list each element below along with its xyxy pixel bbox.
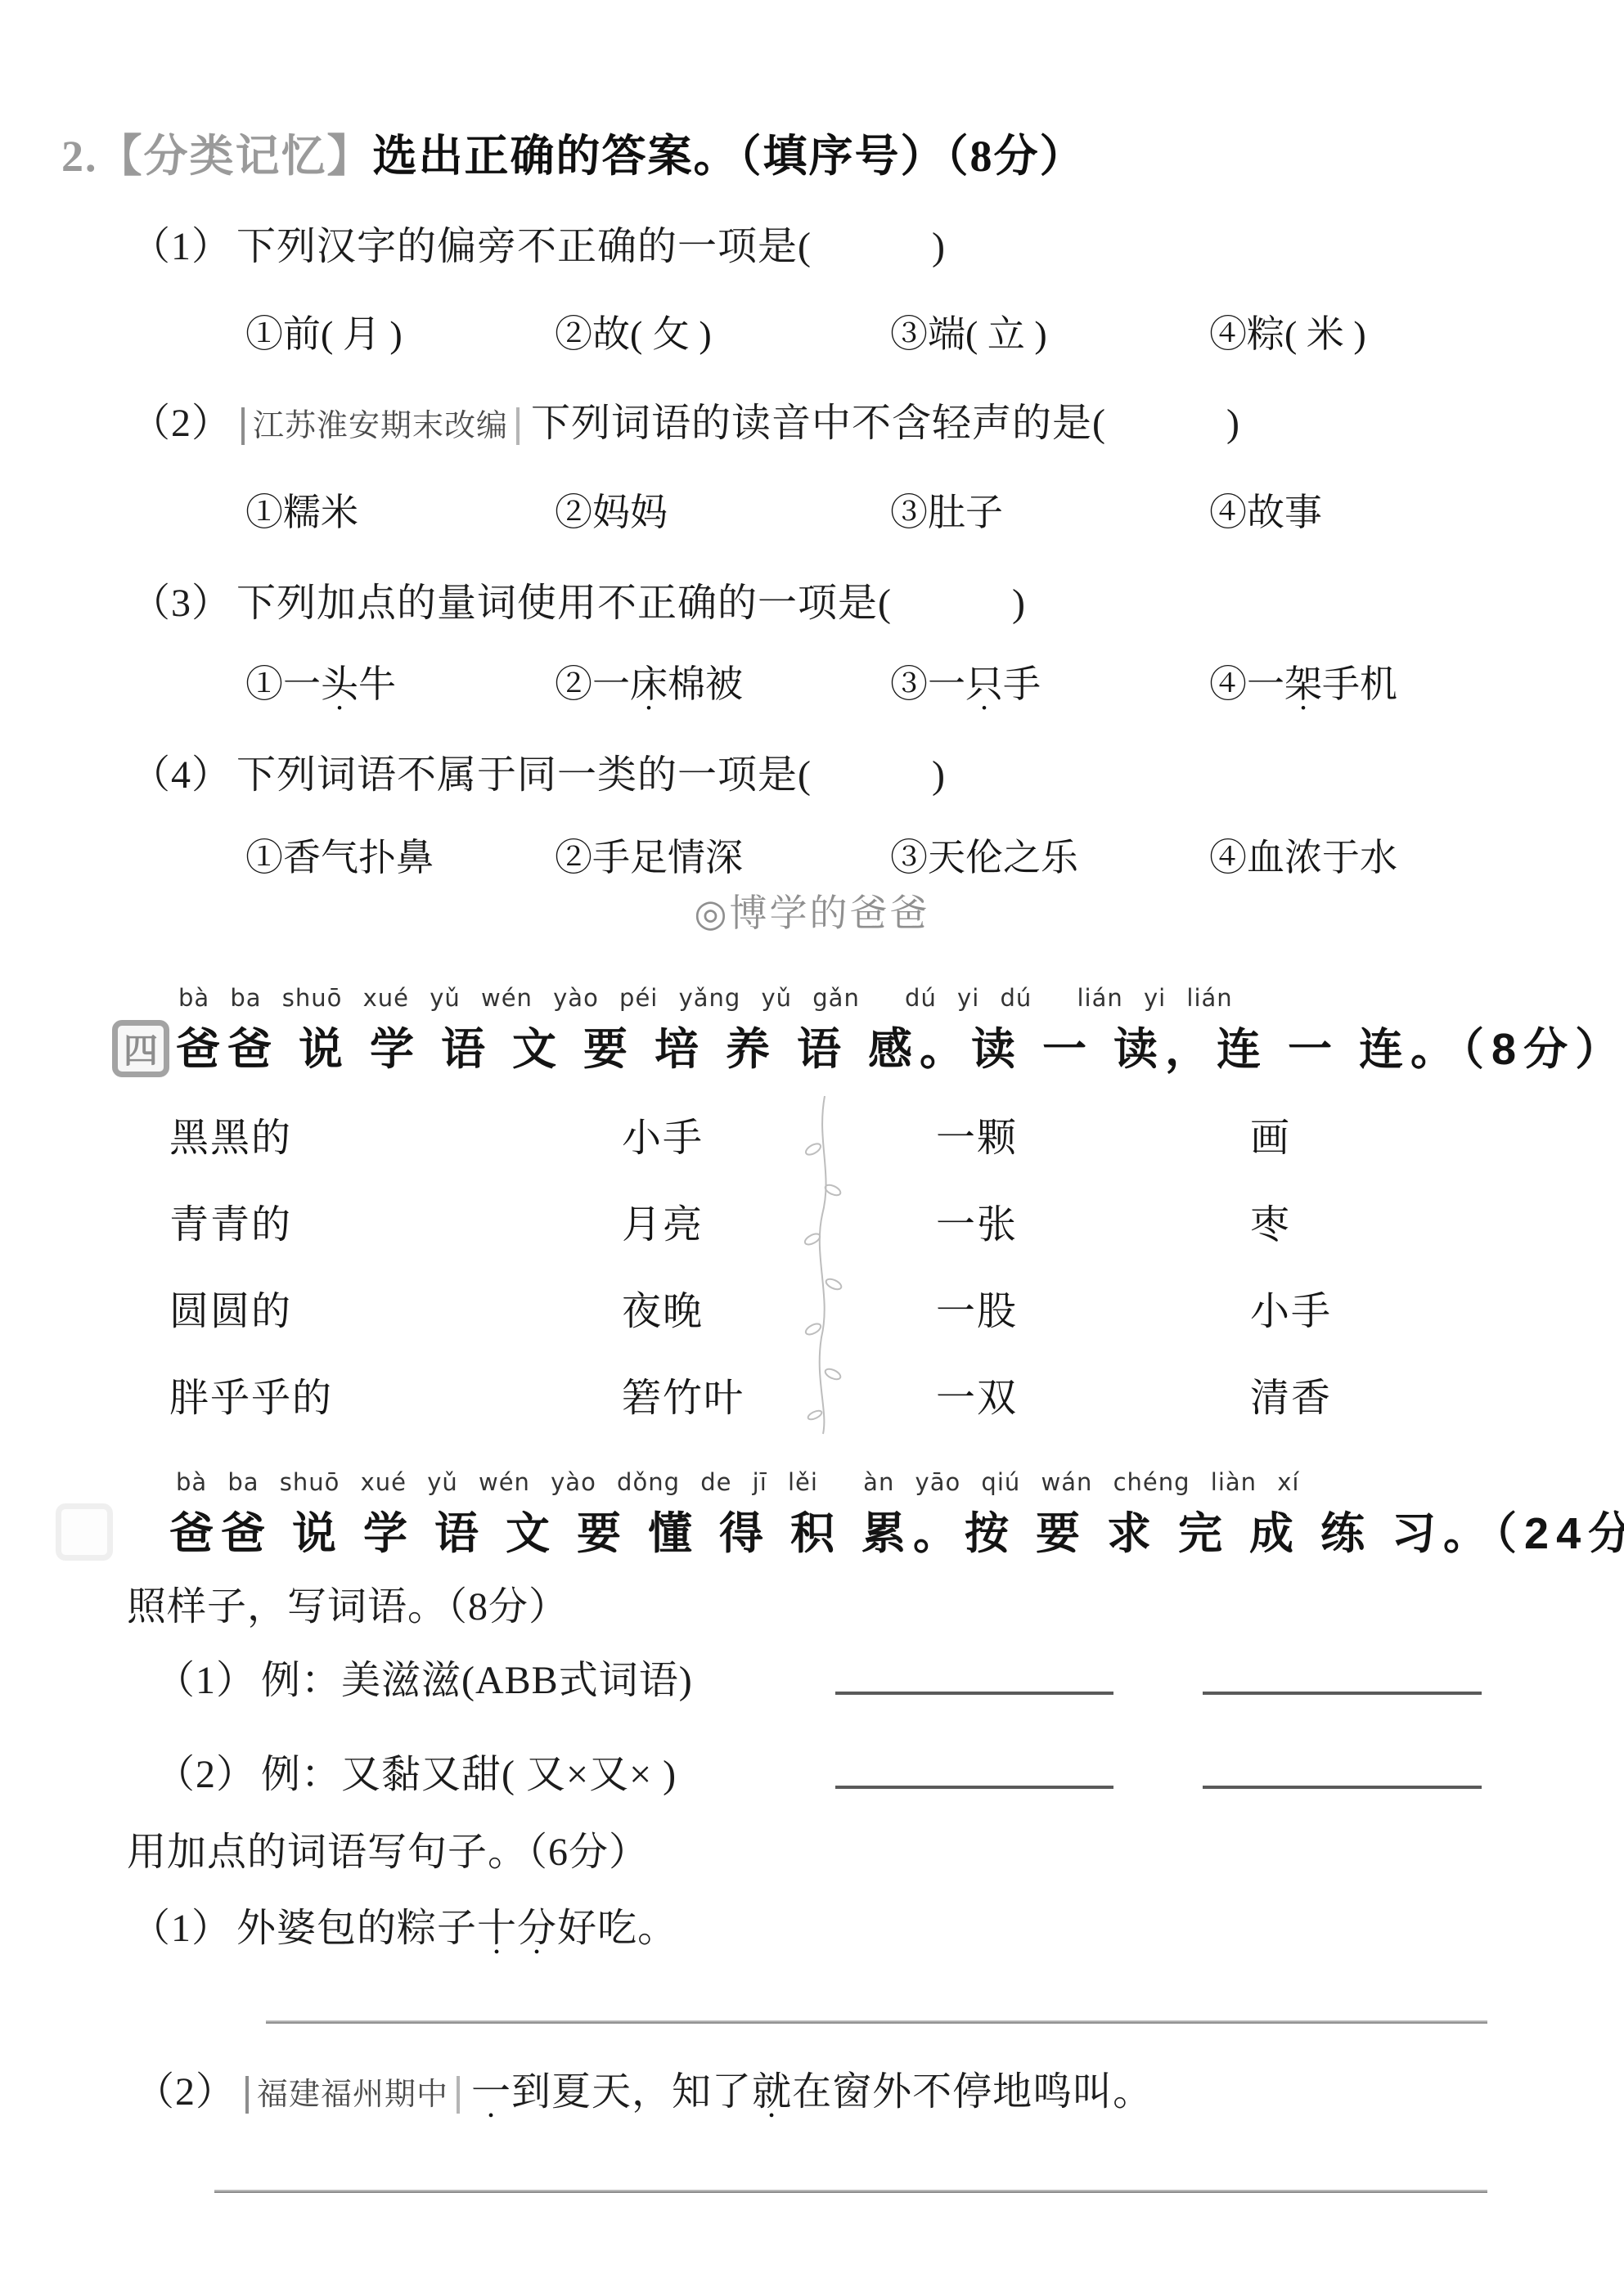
- option-2-3: ③肚子: [890, 483, 1003, 537]
- matching-adjective: 青青的: [169, 1193, 292, 1249]
- option-2-2: ②妈妈: [555, 483, 668, 537]
- option-3-4: ④一架手机: [1209, 654, 1397, 708]
- matching-measure-word: 一股: [936, 1279, 1018, 1336]
- matching-object: 清香: [1250, 1366, 1332, 1422]
- option-1-1: ①前( 月 ): [245, 304, 403, 358]
- matching-noun: 小手: [622, 1106, 704, 1162]
- q2-sub-question-1: （1）下列汉字的偏旁不正确的一项是( ): [131, 214, 946, 271]
- q2-sub-question-2: （2）江苏淮安期末改编下列词语的读音中不含轻声的是( ): [131, 391, 1240, 447]
- q2-sub-question-3: （3）下列加点的量词使用不正确的一项是( ): [131, 571, 1026, 627]
- option-1-3: ③端( 立 ): [890, 304, 1047, 358]
- option-1-4: ④粽( 米 ): [1209, 304, 1366, 358]
- item-label: （2）: [155, 1753, 256, 1796]
- option-3-3: ③一只手: [890, 654, 1041, 708]
- question-2-number-tag: 2.【分类记忆】: [61, 132, 373, 181]
- item-text: 例：又黏又甜( 又×又× ): [261, 1753, 677, 1796]
- section-4-badge: 四: [112, 1020, 169, 1077]
- sub-question-text: 下列词语不属于同一类的一项是( ): [236, 753, 946, 797]
- answer-writing-line: [214, 2190, 1487, 2193]
- option-2-4: ④故事: [1209, 483, 1322, 537]
- matching-object: 小手: [1250, 1279, 1332, 1336]
- sub-section-write-words-title: 照样子，写词语。（8分）: [127, 1575, 569, 1631]
- option-2-1: ①糯米: [245, 483, 358, 537]
- vine-divider-decoration: [785, 1092, 859, 1436]
- answer-blank: [835, 1761, 1113, 1789]
- answer-writing-line: [266, 2020, 1487, 2024]
- matching-object: 枣: [1250, 1193, 1291, 1249]
- matching-adjective: 胖乎乎的: [169, 1366, 333, 1422]
- sentence-with-dotted-words: 一到夏天，知了就在窗外不停地鸣叫。: [471, 2070, 1153, 2114]
- example-item-2: （2）例：又黏又甜( 又×又× ): [155, 1742, 677, 1799]
- sentence-item-2: （2）福建福州期中一到夏天，知了就在窗外不停地鸣叫。: [135, 2060, 1153, 2116]
- sub-question-label: （2）: [131, 402, 232, 445]
- matching-noun: 夜晚: [622, 1279, 704, 1336]
- option-4-4: ④血浓于水: [1209, 828, 1397, 882]
- matching-adjective: 黑黑的: [169, 1106, 292, 1162]
- sentence-with-dotted-words: 外婆包的粽子十分好吃。: [236, 1907, 677, 1950]
- example-item-1: （1）例：美滋滋(ABB式词语): [155, 1648, 693, 1705]
- item-label: （1）: [155, 1659, 256, 1702]
- matching-noun: 月亮: [622, 1193, 704, 1249]
- worksheet-page: 2.【分类记忆】选出正确的答案。（填序号）（8分） （1）下列汉字的偏旁不正确的…: [0, 0, 1624, 2296]
- matching-measure-word: 一双: [936, 1366, 1018, 1422]
- matching-noun: 箬竹叶: [622, 1366, 745, 1422]
- item-text: 例：美滋滋(ABB式词语): [261, 1659, 693, 1702]
- answer-blank: [835, 1667, 1113, 1695]
- item-label: （1）: [131, 1907, 232, 1950]
- option-4-1: ①香气扑鼻: [245, 828, 434, 882]
- sub-question-text: 下列加点的量词使用不正确的一项是( ): [236, 582, 1026, 625]
- matching-adjective: 圆圆的: [169, 1279, 292, 1336]
- option-1-2: ②故( 攵 ): [555, 304, 712, 358]
- lesson-title-label: ◎博学的爸爸: [0, 883, 1624, 937]
- section-5-pinyin: bà ba shuō xué yǔ wén yào dǒng de jī lěi…: [176, 1464, 1299, 1498]
- question-2-title: 选出正确的答案。（填序号）（8分）: [373, 132, 1086, 181]
- matching-measure-word: 一张: [936, 1193, 1018, 1249]
- section-4-pinyin: bà ba shuō xué yǔ wén yào péi yǎng yǔ gǎ…: [178, 980, 1233, 1013]
- option-4-3: ③天伦之乐: [890, 828, 1078, 882]
- sub-question-label: （3）: [131, 582, 232, 625]
- section-5-badge-faded: [56, 1503, 113, 1561]
- sub-question-text: 下列词语的读音中不含轻声的是( ): [531, 402, 1240, 445]
- answer-blank: [1203, 1667, 1482, 1695]
- option-4-2: ②手足情深: [555, 828, 743, 882]
- q2-sub-question-4: （4）下列词语不属于同一类的一项是( ): [131, 743, 946, 799]
- sub-section-write-sentences-title: 用加点的词语写句子。（6分）: [127, 1820, 649, 1876]
- matching-measure-word: 一颗: [936, 1106, 1018, 1162]
- section-4-title: 爸爸 说 学 语 文 要 培 养 语 感。读 一 读，连 一 连。（8分）: [176, 1014, 1624, 1077]
- answer-blank: [1203, 1761, 1482, 1789]
- section-5-title: 爸爸 说 学 语 文 要 懂 得 积 累。按 要 求 完 成 练 习。（24分）: [169, 1498, 1624, 1561]
- sub-question-label: （1）: [131, 225, 232, 268]
- sub-question-label: （4）: [131, 753, 232, 797]
- item-label: （2）: [135, 2070, 236, 2114]
- sentence-item-1: （1）外婆包的粽子十分好吃。: [131, 1896, 677, 1952]
- exam-source-tag: 福建福州期中: [245, 2076, 460, 2114]
- option-3-2: ②一床棉被: [555, 654, 743, 708]
- sub-question-text: 下列汉字的偏旁不正确的一项是( ): [236, 225, 946, 268]
- exam-source-tag: 江苏淮安期末改编: [241, 407, 520, 445]
- question-2-heading: 2.【分类记忆】选出正确的答案。（填序号）（8分）: [61, 121, 1086, 184]
- matching-object: 画: [1250, 1106, 1291, 1162]
- option-3-1: ①一头牛: [245, 654, 396, 708]
